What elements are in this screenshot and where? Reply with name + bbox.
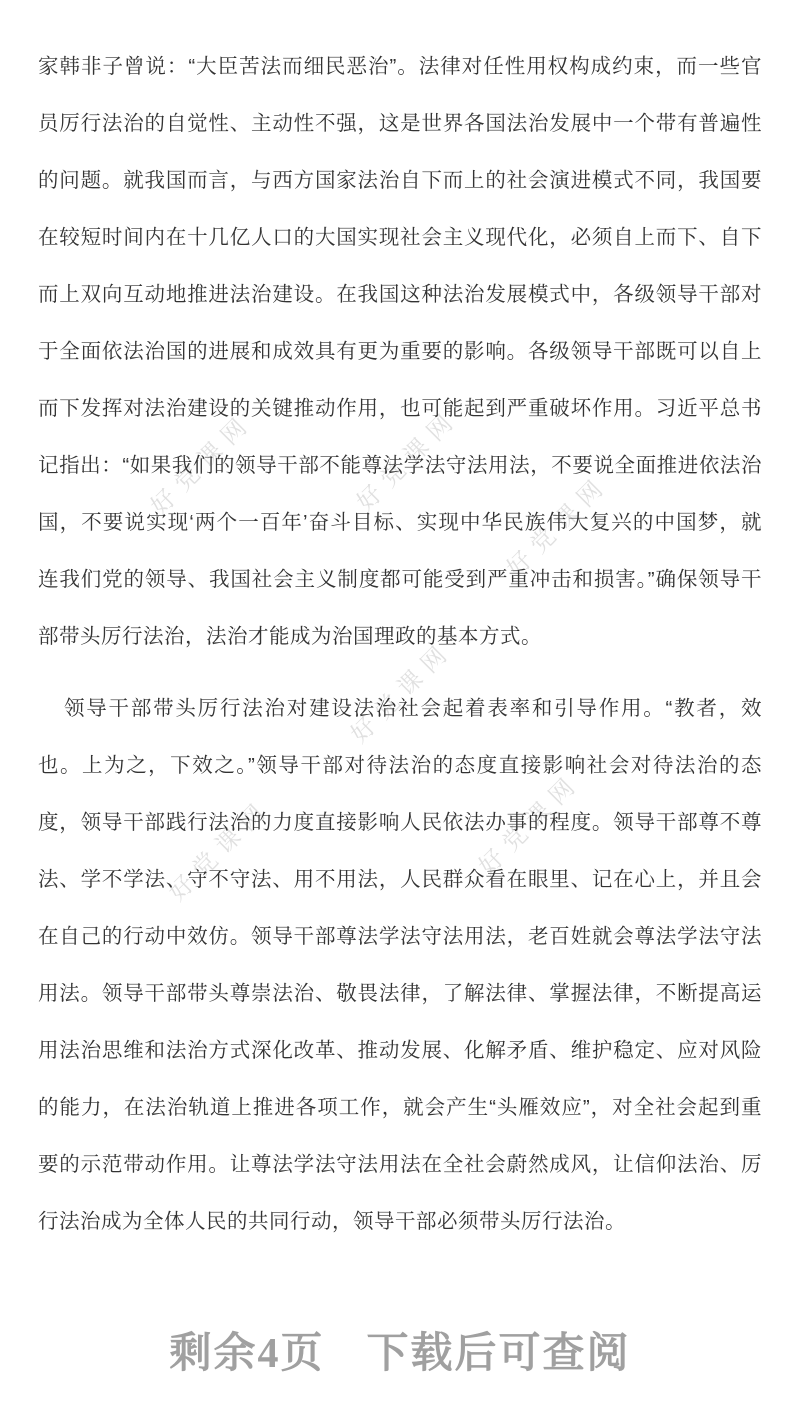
download-hint-label: 下载后可查阅 (367, 1320, 631, 1380)
document-page: 好党课网 好党课网 好党课网 好党课网 好党课网 好党课网 家韩非子曾说：“大臣… (0, 0, 800, 1427)
body-paragraph-2: 领导干部带头厉行法治对建设法治社会起着表率和引导作用。“教者，效也。上为之，下效… (38, 680, 762, 1250)
pages-remaining-label: 剩余4页 (169, 1320, 324, 1380)
body-paragraph-1: 家韩非子曾说：“大臣苦法而细民恶治”。法律对任性用权构成约束，而一些官员厉行法治… (38, 38, 762, 665)
document-body: 家韩非子曾说：“大臣苦法而细民恶治”。法律对任性用权构成约束，而一些官员厉行法治… (38, 38, 762, 1250)
page-footer: 剩余4页 下载后可查阅 (0, 1320, 800, 1380)
